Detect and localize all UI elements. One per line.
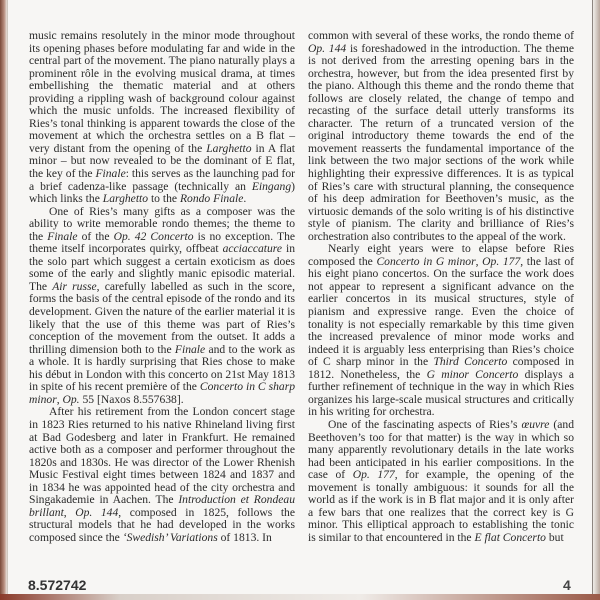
- italic-title: Op. 42 Concerto: [114, 230, 194, 243]
- paragraph: music remains resolutely in the minor mo…: [29, 30, 295, 206]
- text-run: but: [546, 531, 564, 544]
- text-run: music remains resolutely in the minor mo…: [29, 29, 295, 155]
- italic-title: Air russe: [52, 280, 96, 293]
- italic-title: œuvre: [521, 418, 549, 431]
- italic-title: E flat Concerto: [474, 531, 546, 544]
- paragraph: After his retirement from the London con…: [29, 406, 295, 544]
- italic-title: Finale: [47, 230, 77, 243]
- italic-title: ‘Swedish’ Variations: [123, 531, 218, 544]
- text-run: ,: [64, 506, 75, 519]
- italic-title: Eingang: [252, 180, 291, 193]
- text-run: is foreshadowed in the introduction. The…: [308, 42, 574, 243]
- text-run: of 1813. In: [218, 531, 272, 544]
- italic-title: Third Concerto: [433, 355, 507, 368]
- italic-title: acciaccature: [223, 242, 282, 255]
- page-number: 4: [563, 577, 571, 593]
- left-column: music remains resolutely in the minor mo…: [29, 30, 295, 544]
- italic-title: Concerto in G minor: [376, 255, 475, 268]
- text-run: One of the fascinating aspects of Ries’s: [328, 418, 521, 431]
- text-run: After his retirement from the London con…: [29, 405, 295, 506]
- booklet-page: music remains resolutely in the minor mo…: [0, 0, 600, 600]
- text-run: to the: [148, 192, 180, 205]
- paragraph: Nearly eight years were to elapse before…: [308, 243, 574, 419]
- text-run: of the: [78, 230, 114, 243]
- catalog-number: 8.572742: [28, 577, 86, 593]
- text-run: , the last of his eight piano concertos.…: [308, 255, 574, 368]
- paragraph: One of the fascinating aspects of Ries’s…: [308, 419, 574, 544]
- text-run: .: [243, 192, 246, 205]
- italic-title: Rondo Finale: [180, 192, 243, 205]
- paragraph: common with several of these works, the …: [308, 30, 574, 243]
- italic-title: Finale: [175, 343, 205, 356]
- page-edge-right: [592, 0, 600, 600]
- italic-title: Larghetto: [103, 192, 148, 205]
- italic-title: Larghetto: [206, 142, 251, 155]
- page-edge-bottom: [0, 594, 600, 600]
- italic-title: Op. 177: [353, 468, 395, 481]
- right-column: common with several of these works, the …: [308, 30, 574, 544]
- page-edge-left: [0, 0, 7, 600]
- text-run: 55 [Naxos 8.557638].: [80, 393, 184, 406]
- paragraph: One of Ries’s many gifts as a composer w…: [29, 206, 295, 407]
- italic-title: Op. 144: [75, 506, 118, 519]
- italic-title: Finale: [95, 167, 125, 180]
- italic-title: Op.: [63, 393, 80, 406]
- italic-title: G minor Concerto: [427, 368, 519, 381]
- italic-title: Op. 144: [308, 42, 346, 55]
- italic-title: Op. 177: [482, 255, 520, 268]
- text-run: common with several of these works, the …: [308, 29, 574, 42]
